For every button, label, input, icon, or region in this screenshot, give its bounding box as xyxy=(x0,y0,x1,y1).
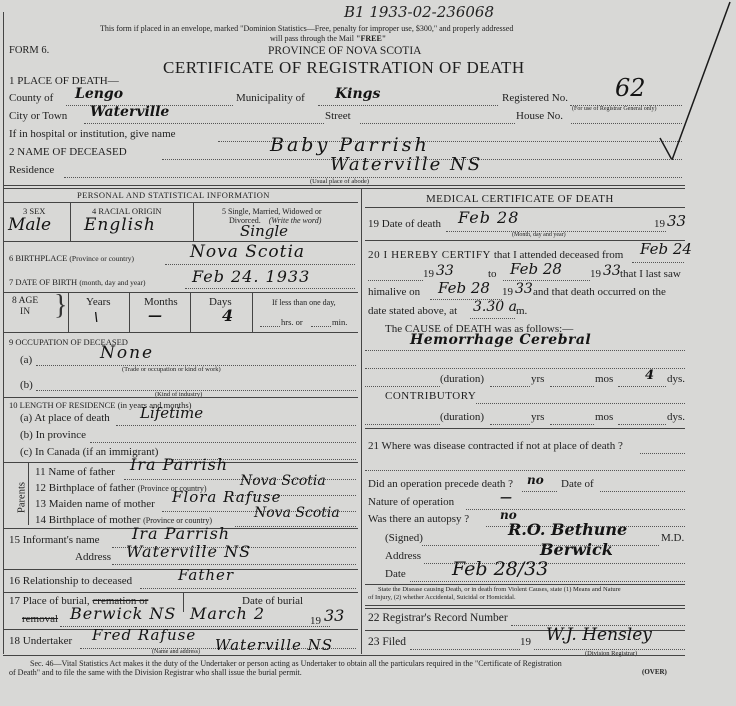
nature-line xyxy=(466,509,685,510)
date-of-death-year[interactable]: 33 xyxy=(667,212,686,230)
racial-origin-value[interactable]: English xyxy=(84,215,156,235)
time-suffix: m. xyxy=(516,305,527,317)
contrib-duration-line-c xyxy=(550,424,594,425)
county-label: County of xyxy=(9,92,53,104)
contrib-dys-label: dys. xyxy=(667,411,685,423)
age-min-label: min. xyxy=(332,317,347,327)
signed-value[interactable]: R.O. Bethune xyxy=(508,520,627,539)
dob-note: (month, day and year) xyxy=(79,278,145,287)
age-years-label: Years xyxy=(86,296,111,308)
alive-on-year[interactable]: 33 xyxy=(515,281,533,297)
res-at-death-label: (a) At place of death xyxy=(20,412,110,424)
date-stated-text: date stated above, at xyxy=(368,305,457,317)
informant-address-value[interactable]: Waterville NS xyxy=(126,542,251,561)
contracted-label: 21 Where was disease contracted if not a… xyxy=(368,440,623,452)
attended-to-value[interactable]: Feb 28 xyxy=(510,260,562,278)
occupation-b-label: (b) xyxy=(20,379,33,391)
min-line xyxy=(311,326,331,327)
med-rule-2 xyxy=(365,428,685,429)
dob-label: 7 DATE OF BIRTH (month, day and year) xyxy=(9,277,146,287)
operation-date-line xyxy=(600,491,685,492)
operation-line xyxy=(522,491,557,492)
undertaker-label: 18 Undertaker xyxy=(9,635,72,647)
age-less-day-label: If less than one day, xyxy=(272,298,336,307)
age-months-value[interactable]: — xyxy=(148,308,162,324)
burial-place-value[interactable]: Berwick NS xyxy=(70,604,176,623)
operation-value[interactable]: no xyxy=(527,473,544,487)
burial-year-value[interactable]: 33 xyxy=(324,606,344,625)
mail-notice-line1: This form if placed in an envelope, mark… xyxy=(100,24,513,33)
age-months-label: Months xyxy=(144,296,178,308)
filed-label: 23 Filed xyxy=(368,636,406,648)
sex-divider xyxy=(70,202,71,241)
nature-label: Nature of operation xyxy=(368,496,454,508)
res-at-death-value[interactable]: Lifetime xyxy=(140,404,203,422)
age-label: 8 AGE IN xyxy=(12,296,38,318)
age-brace: } xyxy=(54,290,67,322)
city-value[interactable]: Waterville xyxy=(90,104,169,120)
medical-note: State the Disease causing Death, or in d… xyxy=(368,586,621,602)
attended-from-line xyxy=(632,262,684,263)
md-label: M.D. xyxy=(661,532,684,544)
age-divider-4 xyxy=(252,292,253,332)
birthplace-label-text: 6 BIRTHPLACE xyxy=(9,253,67,263)
sex-value[interactable]: Male xyxy=(8,215,51,235)
footer-line1: Sec. 46—Vital Statistics Act makes it th… xyxy=(30,659,562,668)
cause-mos-label: mos xyxy=(595,373,613,385)
occupation-a-note: (Trade or occupation or kind of work) xyxy=(122,366,221,373)
contrib-duration-line-b xyxy=(490,424,530,425)
contributory-line xyxy=(476,403,685,404)
age-years-value[interactable]: \ xyxy=(94,310,98,324)
street-label: Street xyxy=(325,110,351,122)
personal-info-title: PERSONAL AND STATISTICAL INFORMATION xyxy=(77,190,270,200)
left-border xyxy=(3,12,4,654)
cause-line-2 xyxy=(365,368,685,369)
cause-duration-days[interactable]: 4 xyxy=(645,368,654,383)
row-rule-3 xyxy=(3,332,358,333)
burial-date-value[interactable]: March 2 xyxy=(190,604,265,623)
registrar-checkmark-icon xyxy=(600,0,736,160)
mother-maiden-label: 13 Maiden name of mother xyxy=(35,498,155,510)
signed-label: (Signed) xyxy=(385,532,423,544)
med-rule-4 xyxy=(365,605,685,609)
record-number-label: 22 Registrar's Record Number xyxy=(368,612,508,624)
relationship-line xyxy=(140,588,356,589)
res-province-label: (b) In province xyxy=(20,429,86,441)
deceased-name-label: 2 NAME OF DECEASED xyxy=(9,146,127,158)
med-rule-3 xyxy=(365,584,685,585)
contrib-duration-line-a xyxy=(365,424,440,425)
date-of-death-value[interactable]: Feb 28 xyxy=(458,208,519,227)
operation-label: Did an operation precede death ? xyxy=(368,478,513,490)
undertaker-value[interactable]: Fred Rafuse xyxy=(92,626,196,644)
date-of-death-label: 19 Date of death xyxy=(368,218,441,230)
informant-address-line xyxy=(112,564,356,565)
house-no-label: House No. xyxy=(516,110,563,122)
relationship-label: 16 Relationship to deceased xyxy=(9,575,132,587)
bottom-rule xyxy=(3,655,685,656)
contributory-label: CONTRIBUTORY xyxy=(385,390,476,402)
burial-divider xyxy=(183,592,184,612)
date-of-death-note: (Month, day and year) xyxy=(512,232,566,238)
municipality-value[interactable]: Kings xyxy=(335,86,380,102)
father-birthplace-value[interactable]: Nova Scotia xyxy=(240,473,326,489)
burial-year-prefix: 19 xyxy=(310,615,321,627)
age-days-value[interactable]: 4 xyxy=(222,306,233,325)
certificate-document: B1 1933-02-236068 This form if placed in… xyxy=(0,0,736,706)
cause-yrs-label: yrs xyxy=(531,373,544,385)
residence-value[interactable]: Waterville NS xyxy=(330,154,482,175)
city-label: City or Town xyxy=(9,110,67,122)
registered-no-label: Registered No. xyxy=(502,92,568,104)
mail-notice-text: will pass through the Mail xyxy=(270,34,354,43)
section-divider xyxy=(3,185,685,189)
physician-date-value[interactable]: Feb 28/33 xyxy=(452,558,548,580)
stamp-number: B1 1933-02-236068 xyxy=(344,3,494,21)
res-province-line xyxy=(90,442,356,443)
autopsy-label: Was there an autopsy ? xyxy=(368,513,469,525)
informant-name-label: 15 Informant's name xyxy=(9,534,100,546)
physician-address-value[interactable]: Berwick xyxy=(540,540,613,559)
center-divider xyxy=(361,189,362,614)
informant-address-label: Address xyxy=(75,551,111,563)
relationship-value[interactable]: Father xyxy=(178,566,234,584)
parents-side-label: Parents xyxy=(17,473,28,523)
attended-from-year[interactable]: 33 xyxy=(436,263,454,279)
informant-name-value[interactable]: Ira Parrish xyxy=(132,524,230,543)
residence-line xyxy=(64,177,682,178)
physician-date-label: Date xyxy=(385,568,406,580)
cause-duration-line-c xyxy=(550,386,594,387)
street-line xyxy=(360,123,515,124)
age-label-line1: 8 AGE xyxy=(12,296,38,307)
age-divider-2 xyxy=(129,292,130,332)
cause-value[interactable]: Hemorrhage Cerebral xyxy=(410,332,591,348)
province-title: PROVINCE OF NOVA SCOTIA xyxy=(268,45,421,57)
birthplace-note: (Province or country) xyxy=(69,254,134,263)
cause-duration-label: (duration) xyxy=(440,373,484,385)
med-rule-1 xyxy=(365,240,685,241)
burial-removal-label: removal xyxy=(22,613,58,625)
birthplace-label: 6 BIRTHPLACE (Province or country) xyxy=(9,253,134,263)
him-value[interactable]: him xyxy=(368,286,385,298)
contrib-duration-label: (duration) xyxy=(440,411,484,423)
last-saw-text: that I last saw xyxy=(620,268,681,280)
municipality-label: Municipality of xyxy=(236,92,305,104)
contrib-yrs-label: yrs xyxy=(531,411,544,423)
county-value[interactable]: Lengo xyxy=(75,86,123,102)
dob-label-text: 7 DATE OF BIRTH xyxy=(9,277,77,287)
father-birthplace-label-text: 12 Birthplace of father xyxy=(35,482,135,494)
filed-year-prefix: 19 xyxy=(520,636,531,648)
medical-certificate-title: MEDICAL CERTIFICATE OF DEATH xyxy=(426,193,614,205)
municipality-line xyxy=(318,105,498,106)
alive-on-year-prefix: 19 xyxy=(502,286,513,298)
age-divider-1 xyxy=(68,292,69,332)
filed-line-a xyxy=(410,649,520,650)
parents-divider xyxy=(28,462,29,525)
age-label-line2: IN xyxy=(12,307,38,318)
medical-note-line2: of Injury, (2) whether Accidental, Suici… xyxy=(368,594,621,602)
medical-note-line1: State the Disease causing Death, or in d… xyxy=(368,586,621,594)
hrs-line xyxy=(260,326,280,327)
certificate-title: CERTIFICATE OF REGISTRATION OF DEATH xyxy=(163,58,525,78)
father-name-value[interactable]: Ira Parrish xyxy=(130,455,228,474)
residence-note: (Usual place of abode) xyxy=(310,178,369,185)
cause-duration-line-b xyxy=(490,386,530,387)
deceased-name-value[interactable]: Baby Parrish xyxy=(270,134,430,156)
racial-divider xyxy=(193,202,194,241)
contracted-line-1 xyxy=(640,453,685,454)
date-of-death-year-prefix: 19 xyxy=(654,218,665,230)
attended-year-prefix: 19 xyxy=(423,268,434,280)
dob-value[interactable]: Feb 24. 1933 xyxy=(192,267,310,286)
contrib-mos-label: mos xyxy=(595,411,613,423)
nature-value[interactable]: — xyxy=(500,490,512,504)
mother-birthplace-line xyxy=(235,526,356,527)
occupation-a-value[interactable]: None xyxy=(100,343,154,363)
form-number: FORM 6. xyxy=(9,45,49,56)
attended-to-year[interactable]: 33 xyxy=(603,263,621,279)
certify-label: 20 I HEREBY CERTIFY xyxy=(368,249,491,261)
attended-year-line xyxy=(368,280,423,281)
mother-birthplace-label-text: 14 Birthplace of mother xyxy=(35,514,140,526)
attended-from-value[interactable]: Feb 24 xyxy=(640,240,692,258)
cause-line-1 xyxy=(365,350,685,351)
row-rule-4 xyxy=(3,397,358,398)
occurred-text: and that death occurred on the xyxy=(533,286,666,298)
res-at-death-line xyxy=(116,425,356,426)
footer-over: (OVER) xyxy=(642,668,667,676)
footer-line2: of Death" and to file the same with the … xyxy=(9,668,302,677)
occupation-a-label: (a) xyxy=(20,354,32,366)
personal-title-rule xyxy=(3,202,358,203)
operation-date-label: Date of xyxy=(561,478,594,490)
alive-on-text: alive on xyxy=(385,286,420,298)
marital-label-1: 5 Single, Married, Widowed or xyxy=(222,207,322,216)
residence-label: Residence xyxy=(9,164,54,176)
cause-dys-label: dys. xyxy=(667,373,685,385)
age-divider-3 xyxy=(190,292,191,332)
mail-notice-line2: will pass through the Mail "FREE" xyxy=(270,34,386,43)
cause-duration-line-d xyxy=(618,386,666,387)
physician-address-label: Address xyxy=(385,550,421,562)
birthplace-line xyxy=(165,264,355,265)
row-rule-8 xyxy=(3,592,358,593)
attended-to-year-prefix: 19 xyxy=(590,268,601,280)
mother-birthplace-value[interactable]: Nova Scotia xyxy=(254,505,340,521)
city-line xyxy=(84,123,324,124)
hospital-label: If in hospital or institution, give name xyxy=(9,128,176,140)
medical-title-rule xyxy=(365,207,685,208)
filed-signature[interactable]: W.J. Hensley xyxy=(546,625,652,645)
age-hrs-label: hrs. or xyxy=(281,317,303,327)
undertaker-address[interactable]: Waterville NS xyxy=(215,636,333,654)
birthplace-value[interactable]: Nova Scotia xyxy=(190,242,305,262)
time-value[interactable]: 3.30 a xyxy=(473,299,517,315)
mother-maiden-value[interactable]: Flora Rafuse xyxy=(172,488,282,506)
contracted-line-2 xyxy=(365,470,685,471)
certify-line-1: 20 I HEREBY CERTIFY that I attended dece… xyxy=(368,249,623,261)
cause-duration-line-a xyxy=(365,386,440,387)
center-divider-lower xyxy=(361,614,362,654)
contrib-duration-line-d xyxy=(618,424,666,425)
father-name-label: 11 Name of father xyxy=(35,466,115,478)
mail-notice-free: "FREE" xyxy=(356,34,386,43)
time-line xyxy=(470,318,515,319)
marital-status-value[interactable]: Single xyxy=(240,222,288,240)
dob-line xyxy=(185,288,355,289)
alive-on-value[interactable]: Feb 28 xyxy=(438,279,490,297)
physician-date-line xyxy=(410,581,685,582)
